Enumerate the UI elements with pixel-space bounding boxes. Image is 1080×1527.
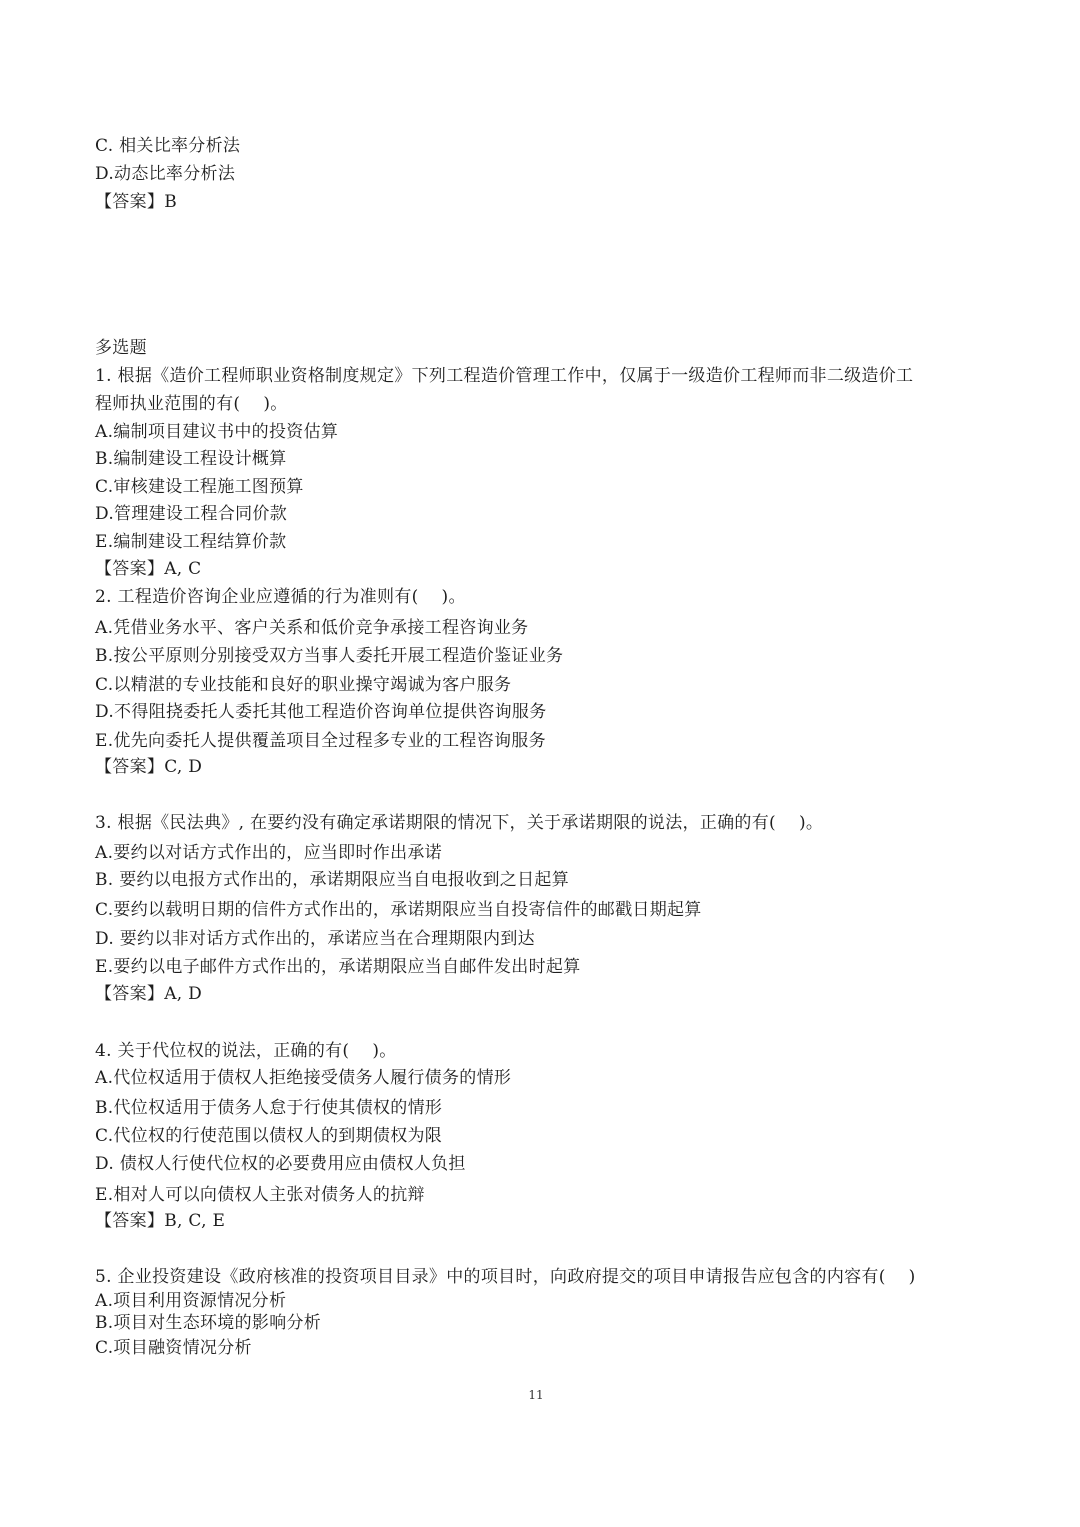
question-1-option-a: A.编制项目建议书中的投资估算 [95, 421, 338, 443]
question-3-answer: 【答案】A, D [95, 983, 202, 1005]
question-2-option-c: C.以精湛的专业技能和良好的职业操守竭诚为客户服务 [95, 674, 511, 696]
question-4-answer: 【答案】B, C, E [95, 1210, 225, 1232]
question-1-option-c: C.审核建设工程施工图预算 [95, 476, 304, 498]
question-4-option-a: A.代位权适用于债权人拒绝接受债务人履行债务的情形 [95, 1067, 511, 1089]
answer: 【答案】B [95, 191, 177, 213]
question-5-stem: 5. 企业投资建设《政府核准的投资项目目录》中的项目时，向政府提交的项目申请报告… [95, 1266, 916, 1288]
option-d: D.动态比率分析法 [95, 163, 235, 185]
option-c: C. 相关比率分析法 [95, 135, 240, 157]
question-1-stem: 1. 根据《造价工程师职业资格制度规定》下列工程造价管理工作中，仅属于一级造价工… [95, 365, 913, 387]
question-4-option-c: C.代位权的行使范围以债权人的到期债权为限 [95, 1125, 442, 1147]
question-4-option-d: D. 债权人行使代位权的必要费用应由债权人负担 [95, 1153, 466, 1175]
question-3-option-d: D. 要约以非对话方式作出的，承诺应当在合理期限内到达 [95, 928, 535, 950]
question-1-option-e: E.编制建设工程结算价款 [95, 531, 286, 553]
question-1-stem-cont: 程师执业范围的有( )。 [95, 393, 288, 415]
question-1-answer: 【答案】A, C [95, 558, 202, 580]
page-number: 11 [0, 1388, 1072, 1402]
question-5-option-a: A.项目利用资源情况分析 [95, 1290, 286, 1312]
question-3-option-b: B. 要约以电报方式作出的，承诺期限应当自电报收到之日起算 [95, 869, 569, 891]
question-5-option-b: B.项目对生态环境的影响分析 [95, 1312, 321, 1334]
question-2-option-e: E.优先向委托人提供覆盖项目全过程多专业的工程咨询服务 [95, 730, 546, 752]
question-2-option-a: A.凭借业务水平、客户关系和低价竞争承接工程咨询业务 [95, 617, 528, 639]
question-3-option-a: A.要约以对话方式作出的，应当即时作出承诺 [95, 842, 442, 864]
question-5-option-c: C.项目融资情况分析 [95, 1337, 252, 1359]
question-2-answer: 【答案】C, D [95, 756, 202, 778]
question-3-option-c: C.要约以载明日期的信件方式作出的，承诺期限应当自投寄信件的邮戳日期起算 [95, 899, 702, 921]
question-2-stem: 2. 工程造价咨询企业应遵循的行为准则有( )。 [95, 586, 466, 608]
question-4-option-b: B.代位权适用于债务人怠于行使其债权的情形 [95, 1097, 442, 1119]
question-4-stem: 4. 关于代位权的说法，正确的有( )。 [95, 1040, 397, 1062]
question-2-option-b: B.按公平原则分别接受双方当事人委托开展工程造价鉴证业务 [95, 645, 563, 667]
question-2-option-d: D.不得阻挠委托人委托其他工程造价咨询单位提供咨询服务 [95, 701, 547, 723]
question-3-stem: 3. 根据《民法典》, 在要约没有确定承诺期限的情况下，关于承诺期限的说法，正确… [95, 812, 823, 834]
question-3-option-e: E.要约以电子邮件方式作出的，承诺期限应当自邮件发出时起算 [95, 956, 581, 978]
question-1-option-b: B.编制建设工程设计概算 [95, 448, 287, 470]
question-4-option-e: E.相对人可以向债权人主张对债务人的抗辩 [95, 1184, 425, 1206]
section-title: 多选题 [95, 337, 147, 359]
question-1-option-d: D.管理建设工程合同价款 [95, 503, 287, 525]
